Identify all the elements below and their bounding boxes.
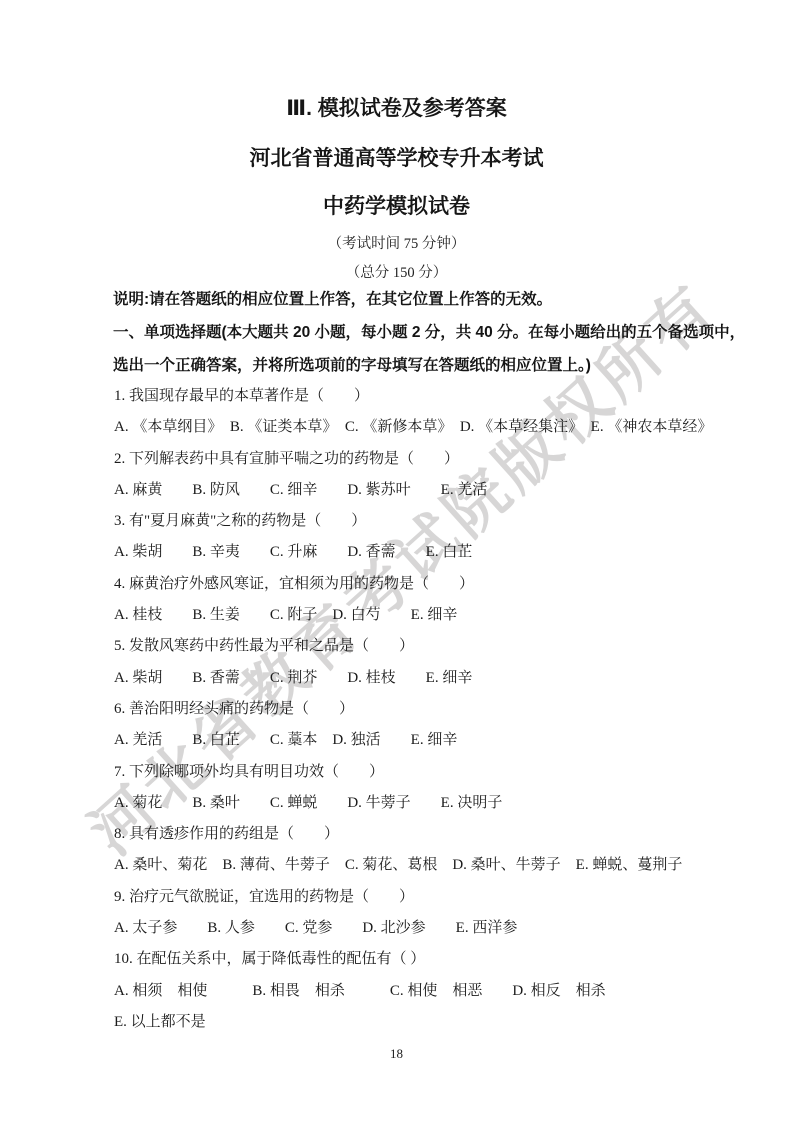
page-content: Ⅲ. 模拟试卷及参考答案 河北省普通高等学校专升本考试 中药学模拟试卷 （考试时… <box>0 0 793 1123</box>
option-line: A. 羌活 B. 白芷 C. 藁本 D. 独活 E. 细辛 <box>114 725 733 756</box>
option-line: A. 太子参 B. 人参 C. 党参 D. 北沙参 E. 西洋参 <box>114 913 733 944</box>
option-line: A. 柴胡 B. 香薷 C. 荆芥 D. 桂枝 E. 细辛 <box>114 663 733 694</box>
option-line: E. 以上都不是 <box>114 1007 733 1038</box>
option-line: A. 桑叶、菊花 B. 薄荷、牛蒡子 C. 菊花、葛根 D. 桑叶、牛蒡子 E.… <box>114 850 733 881</box>
question-stem: 4. 麻黄治疗外感风寒证，宜相须为用的药物是（ ） <box>114 569 733 600</box>
doc-title-section: Ⅲ. 模拟试卷及参考答案 <box>0 95 793 122</box>
question-stem: 6. 善治阳明经头痛的药物是（ ） <box>114 694 733 725</box>
exam-duration: （考试时间 75 分钟） <box>0 235 793 254</box>
exam-total-score: （总分 150 分） <box>0 264 793 283</box>
question-stem: 5. 发散风寒药中药性最为平和之品是（ ） <box>114 631 733 662</box>
question-stem: 7. 下列除哪项外均具有明目功效（ ） <box>114 757 733 788</box>
question-stem: 3. 有"夏月麻黄"之称的药物是（ ） <box>114 506 733 537</box>
page-number: 18 <box>0 1046 793 1062</box>
section-heading-line1: 一、单项选择题(本大题共 20 小题，每小题 2 分，共 40 分。在每小题给出… <box>113 322 723 344</box>
doc-title-exam-name: 河北省普通高等学校专升本考试 <box>0 145 793 172</box>
doc-title-subject: 中药学模拟试卷 <box>0 193 793 220</box>
question-list: 1. 我国现存最早的本草著作是（ ）A. 《本草纲目》 B. 《证类本草》 C.… <box>114 381 733 1038</box>
section-heading-line2: 选出一个正确答案，并将所选项前的字母填写在答题纸的相应位置上。) <box>113 355 723 377</box>
question-stem: 9. 治疗元气欲脱证，宜选用的药物是（ ） <box>114 882 733 913</box>
option-line: A. 菊花 B. 桑叶 C. 蝉蜕 D. 牛蒡子 E. 决明子 <box>114 788 733 819</box>
question-stem: 8. 具有透疹作用的药组是（ ） <box>114 819 733 850</box>
option-line: A. 相须 相使 B. 相畏 相杀 C. 相使 相恶 D. 相反 相杀 <box>114 976 733 1007</box>
option-line: A. 麻黄 B. 防风 C. 细辛 D. 紫苏叶 E. 羌活 <box>114 475 733 506</box>
option-line: A. 《本草纲目》 B. 《证类本草》 C. 《新修本草》 D. 《本草经集注》… <box>114 412 733 443</box>
question-stem: 1. 我国现存最早的本草著作是（ ） <box>114 381 733 412</box>
option-line: A. 桂枝 B. 生姜 C. 附子 D. 白芍 E. 细辛 <box>114 600 733 631</box>
question-stem: 10. 在配伍关系中，属于降低毒性的配伍有（ ） <box>114 944 733 975</box>
answer-sheet-instruction: 说明:请在答题纸的相应位置上作答，在其它位置上作答的无效。 <box>113 289 723 311</box>
question-stem: 2. 下列解表药中具有宣肺平喘之功的药物是（ ） <box>114 444 733 475</box>
exam-document-page: 河北省教育考试院版权所有 Ⅲ. 模拟试卷及参考答案 河北省普通高等学校专升本考试… <box>0 0 793 1123</box>
option-line: A. 柴胡 B. 辛夷 C. 升麻 D. 香薷 E. 白芷 <box>114 537 733 568</box>
